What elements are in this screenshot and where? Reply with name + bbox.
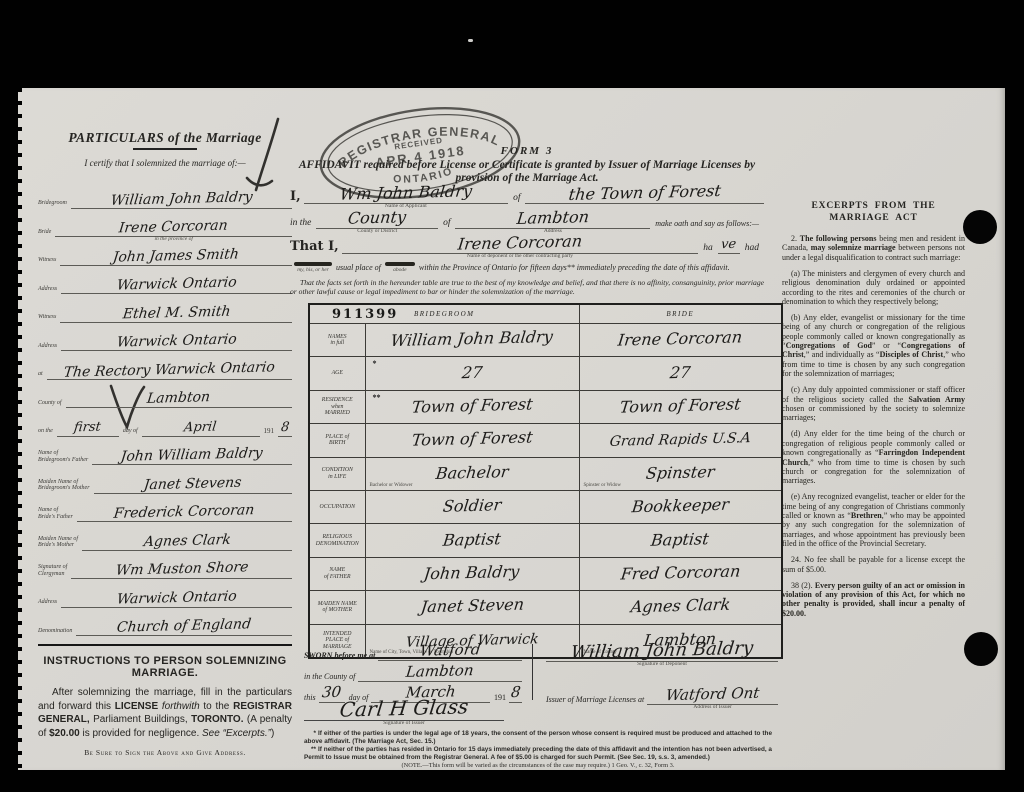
field-label: County of <box>38 400 62 409</box>
printed-ha: ha <box>703 243 713 253</box>
printed-in-the: in the <box>290 218 311 228</box>
handwritten-place: Watford <box>419 642 481 659</box>
handwritten-county-word: County <box>347 209 407 227</box>
sworn-place-line: Watford <box>378 642 522 661</box>
table-row-mother: MAIDEN NAME of MOTHER Janet Steven Agnes… <box>309 591 782 624</box>
instructions-body: After solemnizing the marriage, fill in … <box>38 686 292 740</box>
footnote-mark: * <box>304 730 316 738</box>
particulars-row-bride-father: Name of Bride's Father Frederick Corcora… <box>38 494 292 523</box>
particulars-row-address3: Address Warwick Ontario <box>38 579 292 608</box>
field-label: Witness <box>38 314 56 323</box>
field-label: Bridegroom <box>38 200 67 209</box>
deponent-signature-block: William John Baldry Signature of Deponen… <box>546 642 778 662</box>
handwritten-month: April <box>184 420 218 434</box>
sworn-divider <box>532 644 533 700</box>
row-label: RELIGIOUS DENOMINATION <box>309 524 365 557</box>
row-label: RESIDENCE when MARRIED <box>309 390 365 423</box>
field-label: Denomination <box>38 628 72 637</box>
field-label: Name of Bridegroom's Father <box>38 450 88 465</box>
row-label: AGE <box>309 357 365 390</box>
handwritten-value: Frederick Corcoran <box>113 503 255 521</box>
particulars-row-witness2: Witness Ethel M. Smith <box>38 294 292 323</box>
applicant-line: I, Wm John Baldry Name of Applicant of t… <box>290 185 764 204</box>
title-rule <box>133 148 197 150</box>
sworn-section: SWORN before me at Watford in the County… <box>304 640 766 726</box>
field-label: Bride <box>38 229 51 238</box>
groom-mother: Janet Steven <box>419 597 524 616</box>
punch-hole-top <box>963 210 997 244</box>
bride-age: 27 <box>669 364 691 381</box>
issuer-signature: Carl H Glass <box>339 696 470 719</box>
cell-sublabel: Spinster or Widow <box>584 483 621 488</box>
printed-had: had <box>745 243 759 253</box>
handwritten-value: Warwick Ontario <box>116 332 238 349</box>
groom-name: William John Baldry <box>390 329 554 349</box>
excerpt-paragraph-d: (d) Any elder for the time being of the … <box>782 429 965 485</box>
particulars-row-clergyman: Signature of Clergyman Wm Muston Shore <box>38 551 292 580</box>
printed-usual-place: usual place of <box>336 263 381 272</box>
footnote-text: If either of the parties is under the le… <box>304 730 772 745</box>
struck-pronoun: my, his, or her <box>294 262 332 273</box>
deponent-line: That I, Irene Corcoran Name of deponent … <box>290 235 764 254</box>
table-row-names: NAMES in full William John Baldry Irene … <box>309 324 782 357</box>
excerpt-paragraph-c: (c) Any duly appointed commissioner or s… <box>782 385 965 423</box>
handwritten-value: Lambton <box>146 390 211 406</box>
handwritten-applicant: Wm John Baldry <box>339 183 473 202</box>
excerpt-paragraph-a: (a) The ministers and clergymen of every… <box>782 269 965 307</box>
county-line: in the County County or District of Lamb… <box>290 210 764 229</box>
excerpt-paragraph-e: (e) Any recognized evangelist, teacher o… <box>782 492 965 548</box>
particulars-section: PARTICULARS of the Marriage I certify th… <box>38 130 292 757</box>
field-value-line: The Rectory Warwick Ontario <box>47 361 292 380</box>
marriage-affidavit-document: PARTICULARS of the Marriage I certify th… <box>18 88 1005 770</box>
handwritten-value: Warwick Ontario <box>116 275 238 292</box>
applicant-name-line: Wm John Baldry Name of Applicant <box>304 185 508 204</box>
handwritten-signature: Wm Muston Shore <box>115 560 249 577</box>
year-prefix: 191 <box>264 428 275 437</box>
handwritten-year-digit: 8 <box>510 685 521 700</box>
field-label: in the County of <box>304 672 355 682</box>
footnote-mark: ** <box>373 393 381 402</box>
printed-that-i: That I, <box>290 239 339 254</box>
field-value-line: Lambton <box>66 389 293 408</box>
footnote-mark: * <box>373 359 377 368</box>
column-label-bride: BRIDE <box>666 310 694 318</box>
issuer-address-line: Watford Ont Address of Issuer <box>647 686 778 705</box>
excerpts-heading: EXCERPTS FROM THE MARRIAGE ACT <box>782 200 965 224</box>
sworn-county-row: in the County of Lambton <box>304 661 522 682</box>
field-label: Address <box>38 343 57 352</box>
handwritten-day: first <box>74 420 102 434</box>
particulars-row-address1: Address Warwick Ontario <box>38 266 292 295</box>
form-number: FORM 3 <box>290 145 764 157</box>
handwritten-value: Warwick Ontario <box>116 589 238 606</box>
row-label: NAME of FATHER <box>309 557 365 590</box>
table-row-religion: RELIGIOUS DENOMINATION Baptist Baptist <box>309 524 782 557</box>
field-label: Witness <box>38 257 56 266</box>
footnote-mark: ** <box>304 746 316 754</box>
sworn-county-line: Lambton <box>358 663 522 682</box>
row-label: OCCUPATION <box>309 490 365 523</box>
bride-name: Irene Corcoran <box>617 330 743 349</box>
handwritten-value: Church of England <box>116 617 252 634</box>
handwritten-year-digit: 8 <box>280 420 290 433</box>
bride-residence: Town of Forest <box>619 396 742 415</box>
field-value-line: John James Smith <box>60 247 292 266</box>
printed-province-clause: within the Province of Ontario for fifte… <box>419 263 730 272</box>
table-row-occupation: OCCUPATION Soldier Bookkeeper <box>309 490 782 523</box>
deponent-name-line: Irene Corcoran Name of deponent or the o… <box>342 235 699 254</box>
bride-religion: Baptist <box>650 531 710 549</box>
field-label: Maiden Name of Bride's Mother <box>38 536 78 551</box>
deponent-signature-sublabel: Signature of Deponent <box>637 661 687 667</box>
facts-paragraph: That the facts set forth in the hereunde… <box>290 278 764 296</box>
county-name-line: Lambton Address <box>455 210 650 229</box>
particulars-row-denomination: Denomination Church of England <box>38 608 292 637</box>
abode-sublabel: abode <box>393 267 406 273</box>
month-line: April <box>142 418 260 437</box>
field-value-line: Warwick Ontario <box>61 589 292 608</box>
footnotes: *If either of the parties is under the l… <box>304 730 772 771</box>
groom-occupation: Soldier <box>442 497 502 515</box>
row-label: CONDITION in LIFE <box>309 457 365 490</box>
ink-strike <box>385 262 415 266</box>
table-row-residence: RESIDENCE when MARRIED **Town of Forest … <box>309 390 782 423</box>
cell-sublabel: Bachelor or Widower <box>370 483 413 488</box>
field-value-line: Agnes Clark <box>82 532 292 551</box>
struck-sublabel: my, his, or her <box>297 267 329 273</box>
scanner-background: PARTICULARS of the Marriage I certify th… <box>0 0 1024 792</box>
field-label: Issuer of Marriage Licenses at <box>546 695 644 705</box>
table-row-condition: CONDITION in LIFE Bachelor Bachelor or W… <box>309 457 782 490</box>
scan-speck <box>468 39 473 42</box>
table-row-age: AGE *27 27 <box>309 357 782 390</box>
issuer-signature-sublabel: Signature of Issuer <box>383 720 425 726</box>
footnote-text: If neither of the parties has resided in… <box>304 746 772 761</box>
particulars-title: PARTICULARS of the Marriage <box>38 130 292 146</box>
field-label: Address <box>38 286 57 295</box>
issuer-address-sublabel: Address of Issuer <box>693 704 732 710</box>
punch-hole-bottom <box>964 632 998 666</box>
field-value-line: Frederick Corcoran <box>77 503 292 522</box>
groom-residence: Town of Forest <box>411 396 534 415</box>
excerpt-paragraph-38: 38 (2). Every person guilty of an act or… <box>782 581 965 619</box>
field-label: Name of Bride's Father <box>38 507 73 522</box>
issuer-address-row: Issuer of Marriage Licenses at Watford O… <box>546 686 778 705</box>
table-header-bridegroom: 911399 BRIDEGROOM <box>309 304 579 324</box>
field-label: on the <box>38 428 53 437</box>
field-value-line: Church of England <box>76 617 292 636</box>
bridegroom-bride-table: 911399 BRIDEGROOM BRIDE NAMES in full Wi… <box>308 303 783 659</box>
perforated-edge <box>16 88 22 770</box>
handwritten-value: William John Baldry <box>110 190 253 208</box>
field-sublabel: County or District <box>357 228 397 234</box>
handwritten-county: Lambton <box>516 209 590 227</box>
sworn-place-row: SWORN before me at Watford <box>304 640 522 661</box>
field-value-line: Irene Corcoran in the province of <box>55 218 292 237</box>
ha-suffix-line: ve <box>718 235 740 254</box>
license-serial-number: 911399 <box>332 307 398 322</box>
printed-i: I, <box>290 189 301 204</box>
field-sublabel: Name of deponent or the other contractin… <box>467 253 573 259</box>
handwritten-residence: the Town of Forest <box>568 183 722 203</box>
handwritten-value: Agnes Clark <box>143 532 232 548</box>
particulars-row-groom-father: Name of Bridegroom's Father John William… <box>38 437 292 466</box>
struck-word-abode: abode <box>385 262 415 273</box>
field-value-line: Wm Muston Shore <box>71 560 292 579</box>
instructions-section: INSTRUCTIONS TO PERSON SOLEMNIZING MARRI… <box>38 644 292 757</box>
field-value-line: Warwick Ontario <box>61 332 292 351</box>
table-header-bride: BRIDE <box>579 304 782 324</box>
row-label: MAIDEN NAME of MOTHER <box>309 591 365 624</box>
sign-note: Be Sure to Sign the Above and Give Addre… <box>38 748 292 757</box>
bride-father: Fred Corcoran <box>620 563 741 582</box>
handwritten-value: Irene Corcoran <box>118 219 228 236</box>
particulars-row-bride: Bride Irene Corcoran in the province of <box>38 209 292 238</box>
table-row-father: NAME of FATHER John Baldry Fred Corcoran <box>309 557 782 590</box>
county-word-line: County County or District <box>316 210 438 229</box>
particulars-date-row: on the first day of April 191 8 <box>38 408 292 437</box>
affidavit-section: REGISTRAR GENERAL RECEIVED APR 4 1918 ON… <box>290 88 764 770</box>
printed-of: of <box>443 218 450 228</box>
footnote-note: (NOTE.—This form will be varied as the c… <box>304 762 772 770</box>
bride-mother: Agnes Clark <box>630 597 731 616</box>
deponent-signature: William John Baldry <box>570 640 754 663</box>
excerpts-section: EXCERPTS FROM THE MARRIAGE ACT 2. The fo… <box>782 200 965 625</box>
applicant-residence-line: the Town of Forest <box>525 185 764 204</box>
row-label: PLACE of BIRTH <box>309 424 365 457</box>
particulars-row-address2: Address Warwick Ontario <box>38 323 292 352</box>
handwritten-deponent: Irene Corcoran <box>457 233 583 252</box>
field-value-line: Janet Stevens <box>94 475 292 494</box>
field-sublabel: in the province of <box>154 236 192 242</box>
handwritten-value: John James Smith <box>112 247 240 264</box>
particulars-row-county: County of Lambton <box>38 380 292 409</box>
field-value-line: Warwick Ontario <box>61 275 292 294</box>
groom-condition: Bachelor <box>435 464 510 482</box>
field-label: SWORN before me at <box>304 651 375 661</box>
abode-line: my, his, or her usual place of abode wit… <box>290 262 764 273</box>
groom-birthplace: Town of Forest <box>411 430 534 449</box>
column-label-bridegroom: BRIDEGROOM <box>414 310 475 318</box>
instructions-title: INSTRUCTIONS TO PERSON SOLEMNIZING MARRI… <box>38 655 292 679</box>
bride-birthplace: Grand Rapids U.S.A <box>609 432 752 450</box>
bride-occupation: Bookkeeper <box>631 497 730 516</box>
handwritten-county: Lambton <box>405 663 474 680</box>
particulars-row-bridegroom: Bridegroom William John Baldry <box>38 180 292 209</box>
row-label: NAMES in full <box>309 324 365 357</box>
printed-oath-suffix: make oath and say as follows:— <box>655 219 759 228</box>
handwritten-ve: ve <box>720 238 737 251</box>
excerpt-paragraph-24: 24. No fee shall be payable for a licens… <box>782 555 965 574</box>
handwritten-value: The Rectory Warwick Ontario <box>63 360 276 380</box>
particulars-row-bride-mother: Maiden Name of Bride's Mother Agnes Clar… <box>38 522 292 551</box>
year-line: 8 <box>509 684 522 703</box>
printed-of: of <box>513 193 520 203</box>
field-value-line: Ethel M. Smith <box>60 304 292 323</box>
footnote-2: **If neither of the parties has resided … <box>304 746 772 761</box>
handwritten-value: Ethel M. Smith <box>122 304 231 321</box>
day-line: first <box>57 418 119 437</box>
groom-father: John Baldry <box>423 564 520 582</box>
table-row-birthplace: PLACE of BIRTH Town of Forest Grand Rapi… <box>309 424 782 457</box>
bride-condition: Spinster <box>645 464 715 482</box>
groom-age: 27 <box>461 364 483 381</box>
particulars-row-groom-mother: Maiden Name of Bridegroom's Mother Janet… <box>38 465 292 494</box>
field-label: Signature of Clergyman <box>38 564 67 579</box>
field-label: Maiden Name of Bridegroom's Mother <box>38 479 90 494</box>
deponent-signature-line: William John Baldry Signature of Deponen… <box>546 642 778 662</box>
particulars-row-at: at The Rectory Warwick Ontario <box>38 351 292 380</box>
excerpt-paragraph-2: 2. The following persons being men and r… <box>782 234 965 262</box>
ink-strike <box>294 262 332 266</box>
field-value-line: William John Baldry <box>71 190 292 209</box>
handwritten-issuer-address: Watford Ont <box>665 686 760 703</box>
handwritten-value: Janet Stevens <box>143 475 242 492</box>
field-label: at <box>38 371 43 380</box>
field-value-line: John William Baldry <box>92 446 292 465</box>
field-label: Address <box>38 599 57 608</box>
groom-religion: Baptist <box>442 531 502 549</box>
handwritten-value: John William Baldry <box>120 446 263 464</box>
footnote-1: *If either of the parties is under the l… <box>304 730 772 745</box>
issuer-signature-block: Carl H Glass Signature of Issuer <box>304 698 504 721</box>
field-label: day of <box>123 428 138 437</box>
excerpt-paragraph-b: (b) Any elder, evangelist or missionary … <box>782 313 965 379</box>
certify-line: I certify that I solemnized the marriage… <box>38 158 292 168</box>
